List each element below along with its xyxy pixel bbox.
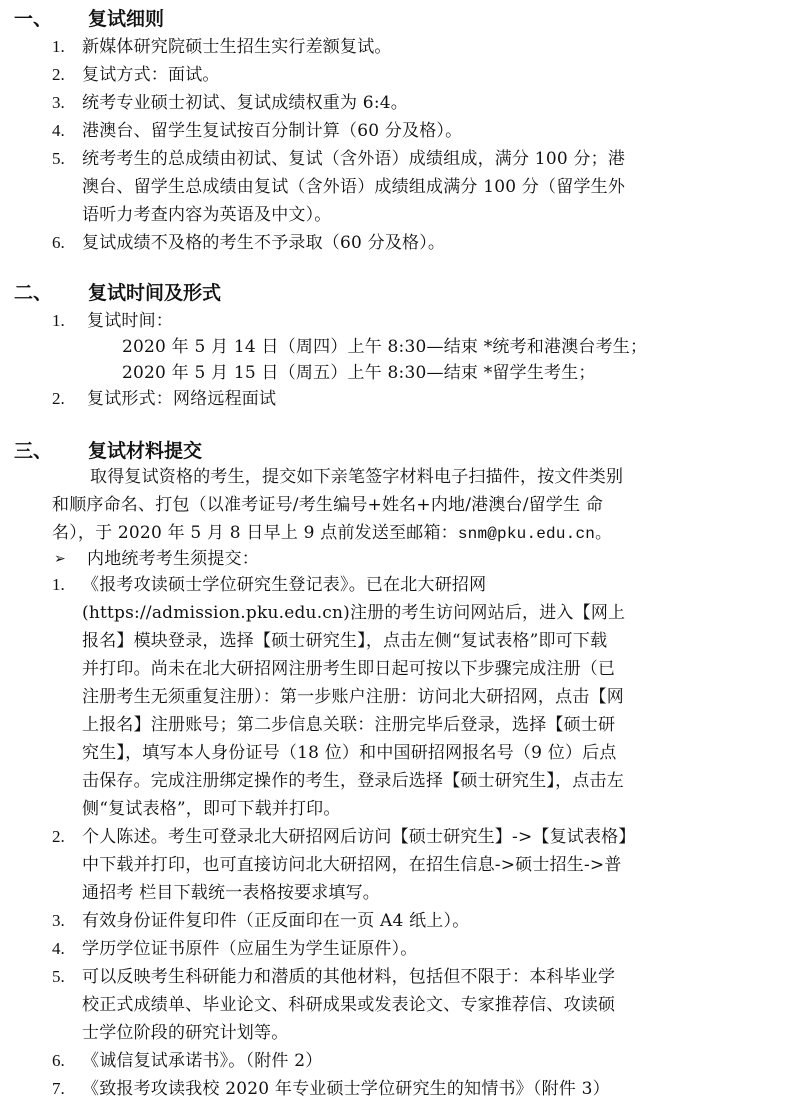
list-item-text: 士学位阶段的研究计划等。	[82, 1020, 288, 1046]
bullet-text: 内地统考考生须提交：	[87, 546, 259, 572]
section-3-heading: 三、复试材料提交	[14, 438, 202, 464]
section-title: 复试材料提交	[88, 440, 202, 462]
list-marker: 5.	[52, 146, 65, 172]
list-item-text: 《报考攻读硕士学位研究生登记表》。已在北大研招网	[82, 572, 486, 598]
list-item-text: 《诚信复试承诺书》。（附件 2）	[82, 1048, 322, 1074]
list-item-text: 注册考生无须重复注册）：第一步账户注册：访问北大研招网，点击【网	[82, 684, 624, 710]
list-marker: 3.	[52, 908, 65, 934]
list-marker: 4.	[52, 118, 65, 144]
list-item-text: 校正式成绩单、毕业论文、科研成果或发表论文、专家推荐信、攻读硕	[82, 992, 615, 1018]
list-item-text: 究生】，填写本人身份证号（18 位）和中国研招网报名号（9 位）后点	[82, 740, 617, 766]
list-item-text: 可以反映考生科研能力和潜质的其他材料，包括但不限于：本科毕业学	[82, 964, 615, 990]
section-title: 复试细则	[88, 8, 164, 30]
list-item-text: 学历学位证书原件（应届生为学生证原件）。	[82, 936, 418, 962]
document-page: 一、复试细则 1. 新媒体研究院硕士生招生实行差额复试。 2. 复试方式：面试。…	[0, 0, 792, 1103]
list-marker: 2.	[52, 62, 65, 88]
list-marker: 2.	[52, 824, 65, 850]
list-marker: 1.	[52, 572, 65, 598]
list-item-text: 统考专业硕士初试、复试成绩权重为 6:4。	[82, 90, 408, 116]
list-item-text: 个人陈述。考生可登录北大研招网后访问【硕士研究生】->【复试表格】	[82, 824, 636, 850]
list-marker: 2.	[52, 386, 65, 412]
list-item-text: 港澳台、留学生复试按百分制计算（60 分及格）。	[82, 118, 462, 144]
list-item-text: 新媒体研究院硕士生招生实行差额复试。	[82, 34, 392, 60]
list-item-text: 上报名】注册账号；第二步信息关联：注册完毕后登录，选择【硕士研	[82, 712, 615, 738]
list-item-text: 复试形式：网络远程面试	[87, 386, 276, 412]
list-item-text: (https://admission.pku.edu.cn)注册的考生访问网站后…	[82, 600, 625, 626]
list-marker: 1.	[52, 34, 65, 60]
section-number: 一、	[14, 6, 88, 32]
list-item-text: 统考考生的总成绩由初试、复试（含外语）成绩组成，满分 100 分；港	[82, 146, 625, 172]
intro-text: 名），于 2020 年 5 月 8 日早上 9 点前发送至邮箱：	[52, 523, 458, 543]
arrow-bullet-icon: ➢	[54, 546, 66, 572]
section-number: 三、	[14, 438, 88, 464]
list-item-text: 报名】模块登录，选择【硕士研究生】，点击左侧“复试表格”即可下载	[82, 628, 607, 654]
list-marker: 5.	[52, 964, 65, 990]
list-marker: 3.	[52, 90, 65, 116]
section-2-heading: 二、复试时间及形式	[14, 280, 221, 306]
list-marker: 6.	[52, 1048, 65, 1074]
list-marker: 1.	[52, 308, 65, 334]
intro-paragraph-line: 取得复试资格的考生，提交如下亲笔签字材料电子扫描件，按文件类别	[90, 464, 623, 490]
list-item-text: 侧“复试表格”，即可下载并打印。	[82, 796, 341, 822]
list-marker: 6.	[52, 230, 65, 256]
list-item-text: 澳台、留学生总成绩由复试（含外语）成绩组成满分 100 分（留学生外	[82, 174, 625, 200]
list-item-text: 复试方式：面试。	[82, 62, 220, 88]
schedule-line: 2020 年 5 月 14 日（周四）上午 8:30—结束 *统考和港澳台考生；	[122, 334, 647, 360]
schedule-line: 2020 年 5 月 15 日（周五）上午 8:30—结束 *留学生考生；	[122, 360, 596, 386]
list-item-text: 复试成绩不及格的考生不予录取（60 分及格）。	[82, 230, 445, 256]
list-item-text: 《致报考攻读我校 2020 年专业硕士学位研究生的知情书》（附件 3）	[82, 1076, 610, 1102]
list-item-text: 并打印。尚未在北大研招网注册考生即日起可按以下步骤完成注册（已	[82, 656, 615, 682]
list-item-text: 通招考 栏目下载统一表格按要求填写。	[82, 880, 380, 906]
list-item-text: 复试时间：	[87, 308, 173, 334]
intro-paragraph-line: 和顺序命名、打包（以准考证号/考生编号+姓名+内地/港澳台/留学生 命	[52, 492, 603, 518]
intro-paragraph-line: 名），于 2020 年 5 月 8 日早上 9 点前发送至邮箱：snm@pku.…	[52, 520, 611, 547]
list-item-text: 有效身份证件复印件（正反面印在一页 A4 纸上）。	[82, 908, 469, 934]
list-item-text: 中下载并打印，也可直接访问北大研招网，在招生信息->硕士招生->普	[82, 852, 622, 878]
section-title: 复试时间及形式	[88, 282, 221, 304]
list-marker: 4.	[52, 936, 65, 962]
list-item-text: 击保存。完成注册绑定操作的考生，登录后选择【硕士研究生】，点击左	[82, 768, 624, 794]
list-marker: 7.	[52, 1076, 65, 1102]
section-1-heading: 一、复试细则	[14, 6, 164, 32]
list-item-text: 语听力考查内容为英语及中文）。	[82, 202, 332, 228]
email-link[interactable]: snm@pku.edu.cn。	[458, 525, 611, 543]
section-number: 二、	[14, 280, 88, 306]
